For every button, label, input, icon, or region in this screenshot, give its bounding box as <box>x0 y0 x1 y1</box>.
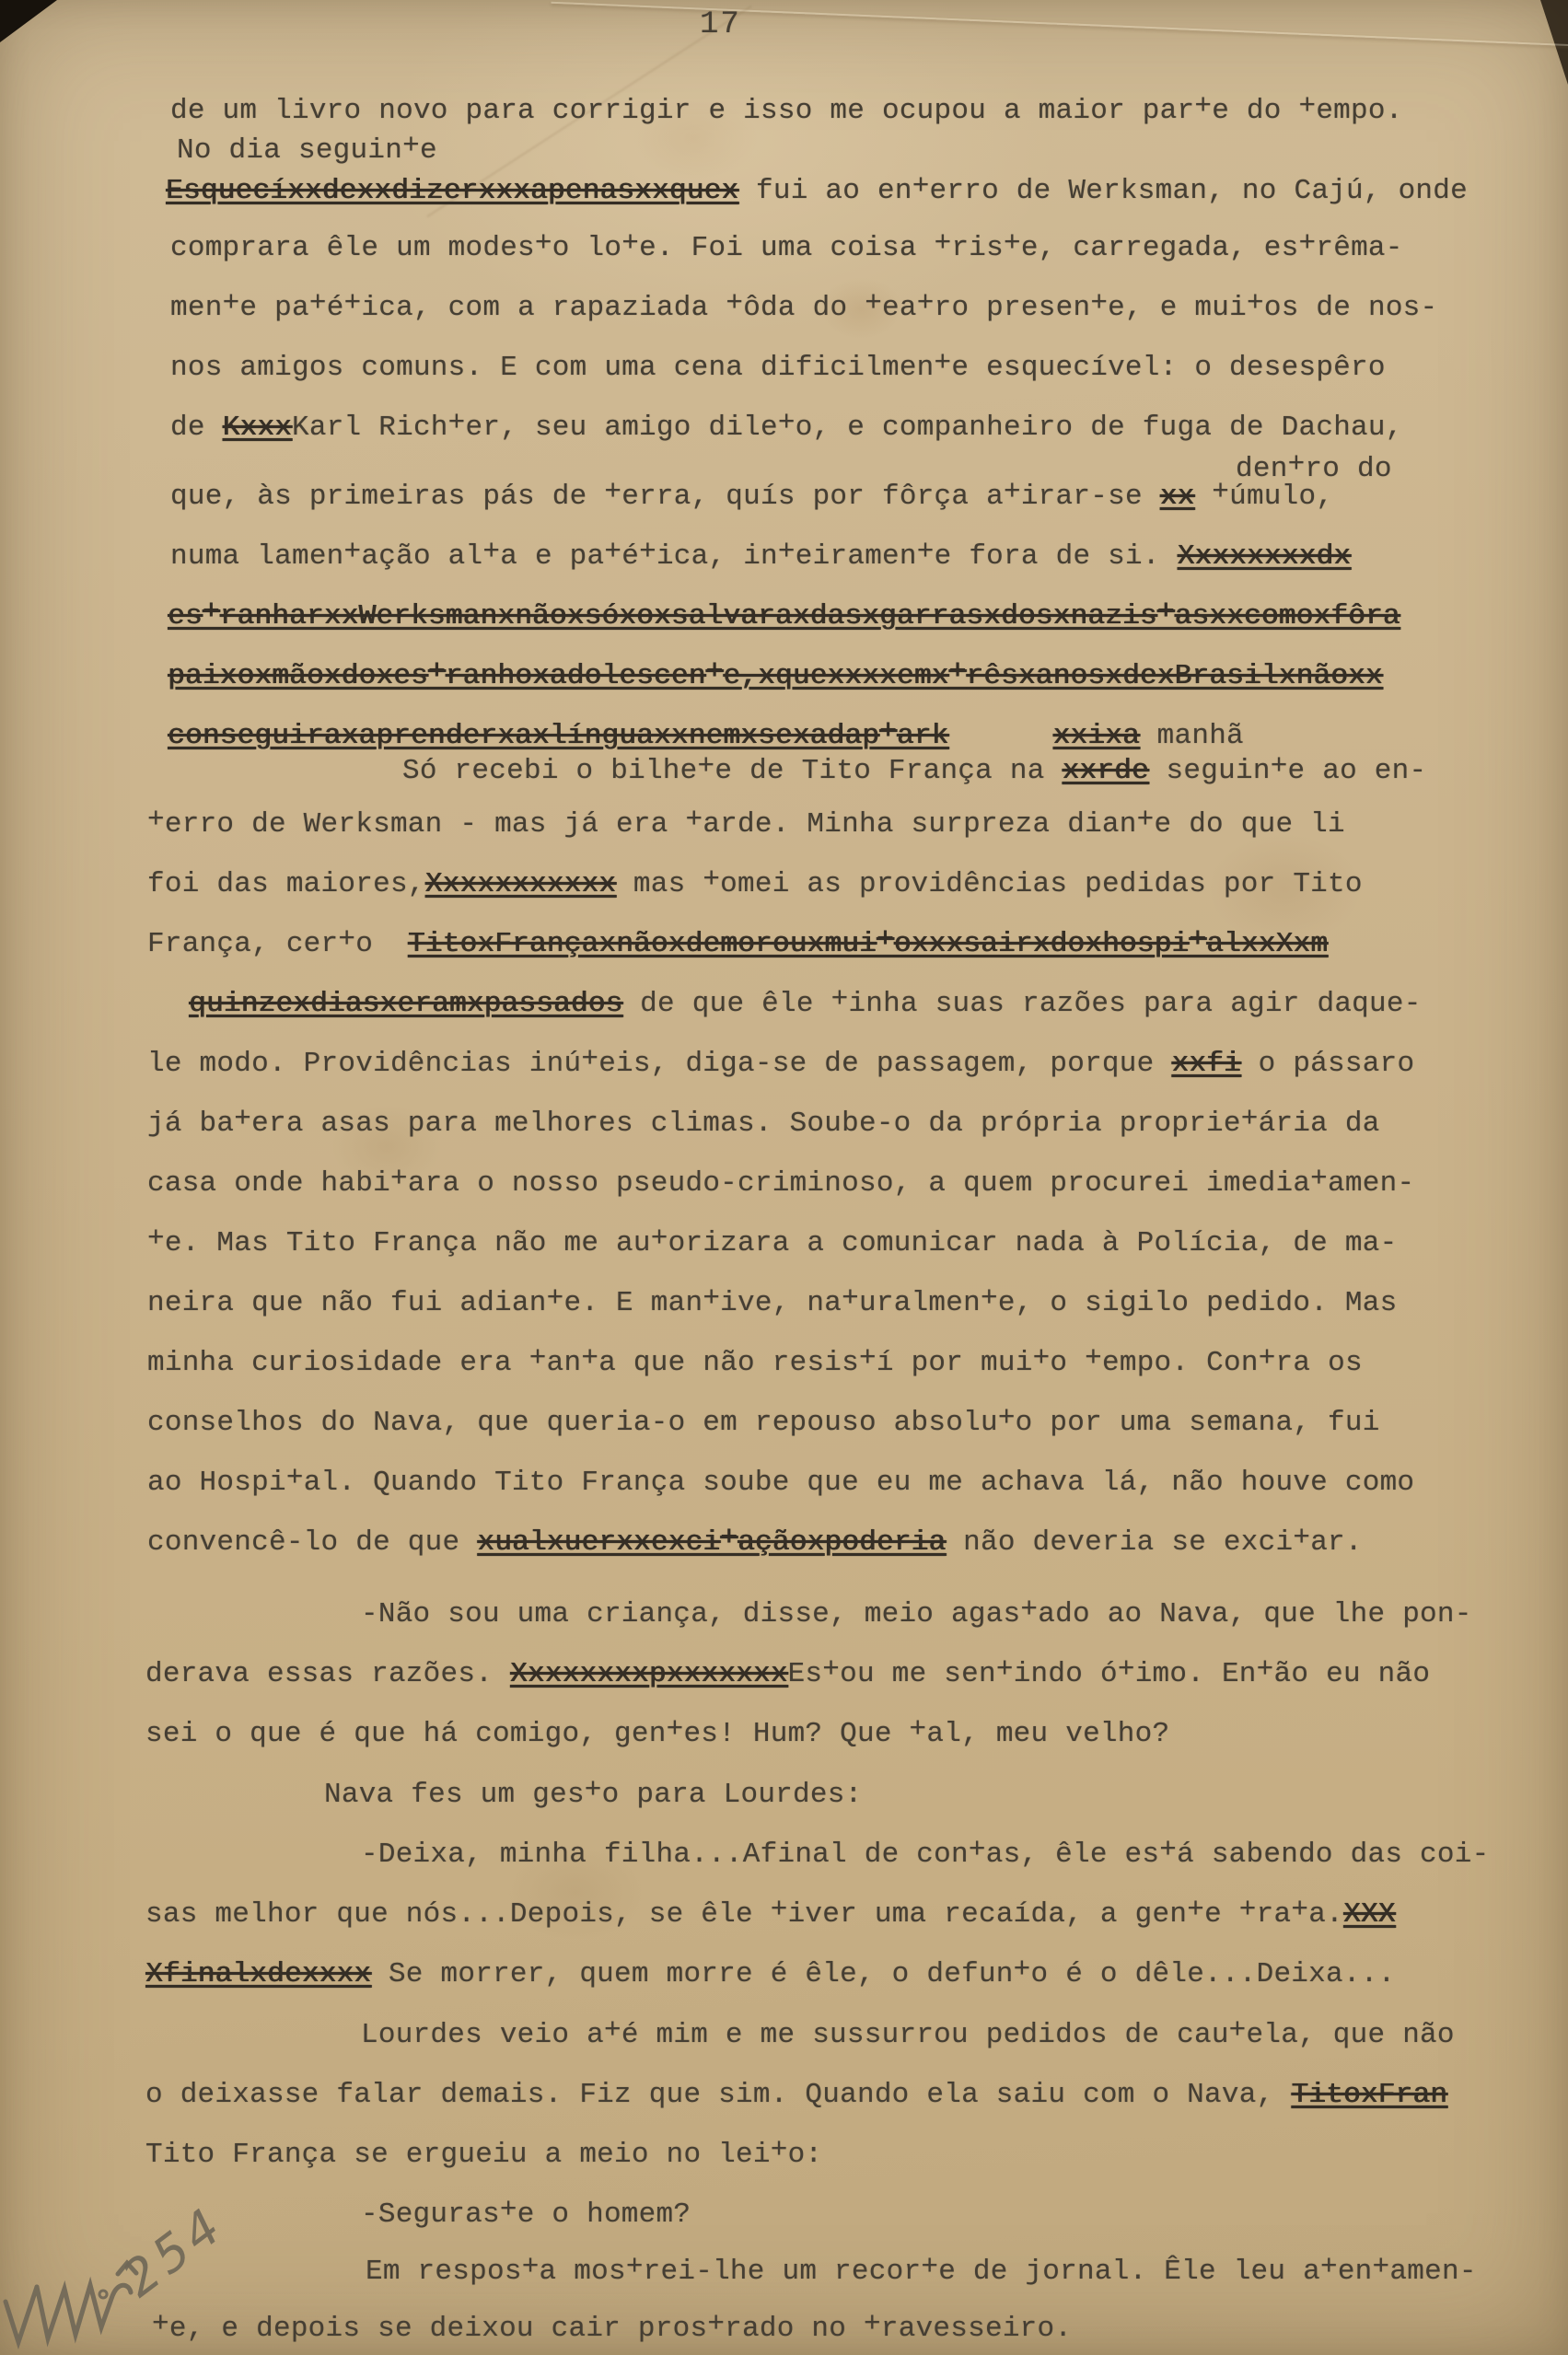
struck-text: conseguiraxaprenderxaxlínguaxxnemxsexada… <box>168 715 948 752</box>
typed-text: ao Hospi+al. Quando Tito França soube qu… <box>147 1462 1414 1499</box>
typed-text: manhã <box>1140 720 1244 752</box>
typed-line: numa lamen+ação al+a e pa+é+ica, in+eira… <box>170 540 1351 573</box>
typed-text: derava essas razões. <box>145 1658 510 1690</box>
typed-text: +úmulo, <box>1194 476 1333 513</box>
typed-text: conselhos do Nava, que queria-o em repou… <box>147 1402 1380 1439</box>
typed-text <box>948 720 1052 752</box>
typed-line: comprara êle um modes+o lo+e. Foi uma co… <box>170 232 1403 264</box>
typed-line: foi das maiores,Xxxxxxxxxxx mas +omei as… <box>147 868 1363 900</box>
struck-text: Xxxxxxxxdx <box>1178 540 1352 573</box>
typed-text: -Não sou uma criança, disse, meio agas+a… <box>361 1594 1472 1630</box>
struck-text: xualxuerxxexci+açãoxpoderia <box>477 1522 946 1559</box>
struck-text: xx <box>1160 481 1195 513</box>
typed-line: Lourdes veio a+é mim e me sussurrou pedi… <box>361 2019 1455 2051</box>
typed-text: +erro de Werksman - mas já era +arde. Mi… <box>147 804 1345 841</box>
typed-text: de um livro novo para corrigir e isso me… <box>170 90 1403 127</box>
typed-text: comprara êle um modes+o lo+e. Foi uma co… <box>170 227 1403 264</box>
typed-text: Só recebi o bilhe+e de Tito França na <box>402 750 1062 787</box>
typed-text: seguin+e ao en- <box>1149 750 1427 787</box>
typed-text: +e. Mas Tito França não me au+orizara a … <box>147 1223 1397 1259</box>
struck-text: quinzexdiasxeramxpassados <box>189 988 622 1020</box>
typed-line: Só recebi o bilhe+e de Tito França na xx… <box>402 755 1426 787</box>
typed-line: o deixasse falar demais. Fiz que sim. Qu… <box>145 2079 1447 2111</box>
typed-line: conselhos do Nava, que queria-o em repou… <box>147 1407 1380 1439</box>
typed-line: ao Hospi+al. Quando Tito França soube qu… <box>147 1467 1414 1499</box>
struck-text: es+ranharxxWerksmanxnãoxsóxoxsalvaraxdas… <box>168 596 1400 632</box>
typed-line: Em respos+a mos+rei-lhe um recor+e de jo… <box>366 2256 1477 2288</box>
typed-line: nos amigos comuns. E com uma cena difici… <box>170 352 1386 384</box>
typed-line: que, às primeiras pás de +erra, quís por… <box>170 481 1333 513</box>
typed-text: de <box>170 412 223 444</box>
manuscript-page: 17 de um livro novo para corrigir e isso… <box>0 0 1568 2355</box>
typed-line: já ba+era asas para melhores climas. Sou… <box>147 1108 1380 1140</box>
typed-text: Se morrer, quem morre é êle, o defun+o é… <box>371 1954 1395 1990</box>
typed-text: o deixasse falar demais. Fiz que sim. Qu… <box>145 2079 1291 2111</box>
typed-text: o pássaro <box>1241 1048 1415 1080</box>
typed-text: neira que não fui adian+e. E man+ive, na… <box>147 1282 1397 1319</box>
typed-text: Nava fes um ges+o para Lourdes: <box>324 1774 862 1811</box>
typed-text: den+ro do <box>1236 448 1392 485</box>
typed-line: sas melhor que nós...Depois, se êle +ive… <box>145 1898 1396 1931</box>
typed-text: fui ao en+erro de Werksman, no Cajú, ond… <box>738 170 1468 207</box>
typed-line: le modo. Providências inú+eis, diga-se d… <box>147 1048 1414 1080</box>
typed-text: não deveria se exci+ar. <box>946 1522 1362 1559</box>
typed-line: Xfinalxdexxxx Se morrer, quem morre é êl… <box>145 1958 1395 1990</box>
typed-line: quinzexdiasxeramxpassados de que êle +in… <box>189 988 1422 1020</box>
typed-text: Tito França se ergueiu a meio no lei+o: <box>145 2134 822 2171</box>
typed-line: -Não sou uma criança, disse, meio agas+a… <box>361 1598 1472 1630</box>
typed-text: -Deixa, minha filha...Afinal de con+as, … <box>361 1834 1489 1871</box>
typed-text: França, cer+o <box>147 923 408 960</box>
typed-text: Karl Rich+er, seu amigo dile+o, e compan… <box>292 407 1403 444</box>
typed-text: men+e pa+é+ica, com a rapaziada +ôda do … <box>170 287 1437 324</box>
typed-text: le modo. Providências inú+eis, diga-se d… <box>147 1043 1171 1080</box>
typed-line: es+ranharxxWerksmanxnãoxsóxoxsalvaraxdas… <box>168 600 1400 632</box>
typed-line: +erro de Werksman - mas já era +arde. Mi… <box>147 808 1345 841</box>
typed-line: de KxxxKarl Rich+er, seu amigo dile+o, e… <box>170 412 1403 444</box>
typed-text: numa lamen+ação al+a e pa+é+ica, in+eira… <box>170 536 1178 573</box>
typed-line: minha curiosidade era +an+a que não resi… <box>147 1347 1363 1379</box>
typed-line: No dia seguin+e <box>177 134 437 167</box>
typed-text: convencê-lo de que <box>147 1526 477 1559</box>
typed-text: que, às primeiras pás de +erra, quís por… <box>170 476 1160 513</box>
typed-text: foi das maiores, <box>147 868 425 900</box>
struck-text: Xfinalxdexxxx <box>145 1958 371 1990</box>
struck-text: paixoxmãoxdoxes+ranhoxadolescen+e,xquexx… <box>168 655 1383 692</box>
typed-line: de um livro novo para corrigir e isso me… <box>170 95 1403 127</box>
typed-line: casa onde habi+ara o nosso pseudo-crimin… <box>147 1167 1414 1200</box>
typed-text: já ba+era asas para melhores climas. Sou… <box>147 1103 1380 1140</box>
typed-text: minha curiosidade era +an+a que não resi… <box>147 1342 1363 1379</box>
typed-text: No dia seguin+e <box>177 130 437 167</box>
typed-text: sas melhor que nós...Depois, se êle +ive… <box>145 1894 1343 1931</box>
struck-text: Xxxxxxxxpxxxxxxx <box>510 1658 788 1690</box>
struck-text: xxrde <box>1062 755 1148 787</box>
typed-line: paixoxmãoxdoxes+ranhoxadolescen+e,xquexx… <box>168 660 1383 692</box>
typed-text: Lourdes veio a+é mim e me sussurrou pedi… <box>361 2014 1455 2051</box>
typed-line: conseguiraxaprenderxaxlínguaxxnemxsexada… <box>168 720 1244 752</box>
typed-text: Em respos+a mos+rei-lhe um recor+e de jo… <box>366 2251 1477 2288</box>
typed-text: de que êle +inha suas razões para agir d… <box>622 983 1421 1020</box>
struck-text: TitoxFrançaxnãoxdemorouxmui+oxxxsairxdox… <box>408 923 1328 960</box>
typed-line: Nava fes um ges+o para Lourdes: <box>324 1779 862 1811</box>
typed-text: Es+ou me sen+indo ó+imo. En+ão eu não <box>788 1653 1431 1690</box>
scan-corner-top-left <box>0 0 57 42</box>
typed-line: neira que não fui adian+e. E man+ive, na… <box>147 1287 1397 1319</box>
typed-line: -Seguras+e o homem? <box>361 2198 691 2231</box>
typed-text: -Seguras+e o homem? <box>361 2194 691 2231</box>
struck-text: Esquecíxxdexxdizerxxxapenasxxquex <box>166 175 738 207</box>
typed-line: derava essas razões. XxxxxxxxpxxxxxxxEs+… <box>145 1658 1430 1690</box>
typed-line: -Deixa, minha filha...Afinal de con+as, … <box>361 1839 1489 1871</box>
struck-text: XXX <box>1343 1898 1396 1931</box>
typed-line: França, cer+o TitoxFrançaxnãoxdemorouxmu… <box>147 928 1328 960</box>
struck-text: Kxxx <box>223 412 292 444</box>
typed-text: nos amigos comuns. E com uma cena difici… <box>170 347 1386 384</box>
typed-text: casa onde habi+ara o nosso pseudo-crimin… <box>147 1163 1414 1200</box>
typed-line: convencê-lo de que xualxuerxxexci+açãoxp… <box>147 1526 1363 1559</box>
typed-line: men+e pa+é+ica, com a rapaziada +ôda do … <box>170 292 1437 324</box>
typed-line: Tito França se ergueiu a meio no lei+o: <box>145 2139 822 2171</box>
struck-text: xxixa <box>1053 720 1140 752</box>
typed-text: sei o que é que há comigo, gen+es! Hum? … <box>145 1713 1169 1750</box>
typed-text: mas +omei as providências pedidas por Ti… <box>616 864 1363 900</box>
struck-text: Xxxxxxxxxxx <box>425 868 616 900</box>
typed-line: sei o que é que há comigo, gen+es! Hum? … <box>145 1718 1169 1750</box>
typed-line: +e. Mas Tito França não me au+orizara a … <box>147 1227 1397 1259</box>
struck-text: TitoxFran <box>1291 2079 1447 2111</box>
typed-line: Esquecíxxdexxdizerxxxapenasxxquex fui ao… <box>166 175 1468 207</box>
page-number: 17 <box>700 7 741 42</box>
struck-text: xxfi <box>1171 1048 1240 1080</box>
